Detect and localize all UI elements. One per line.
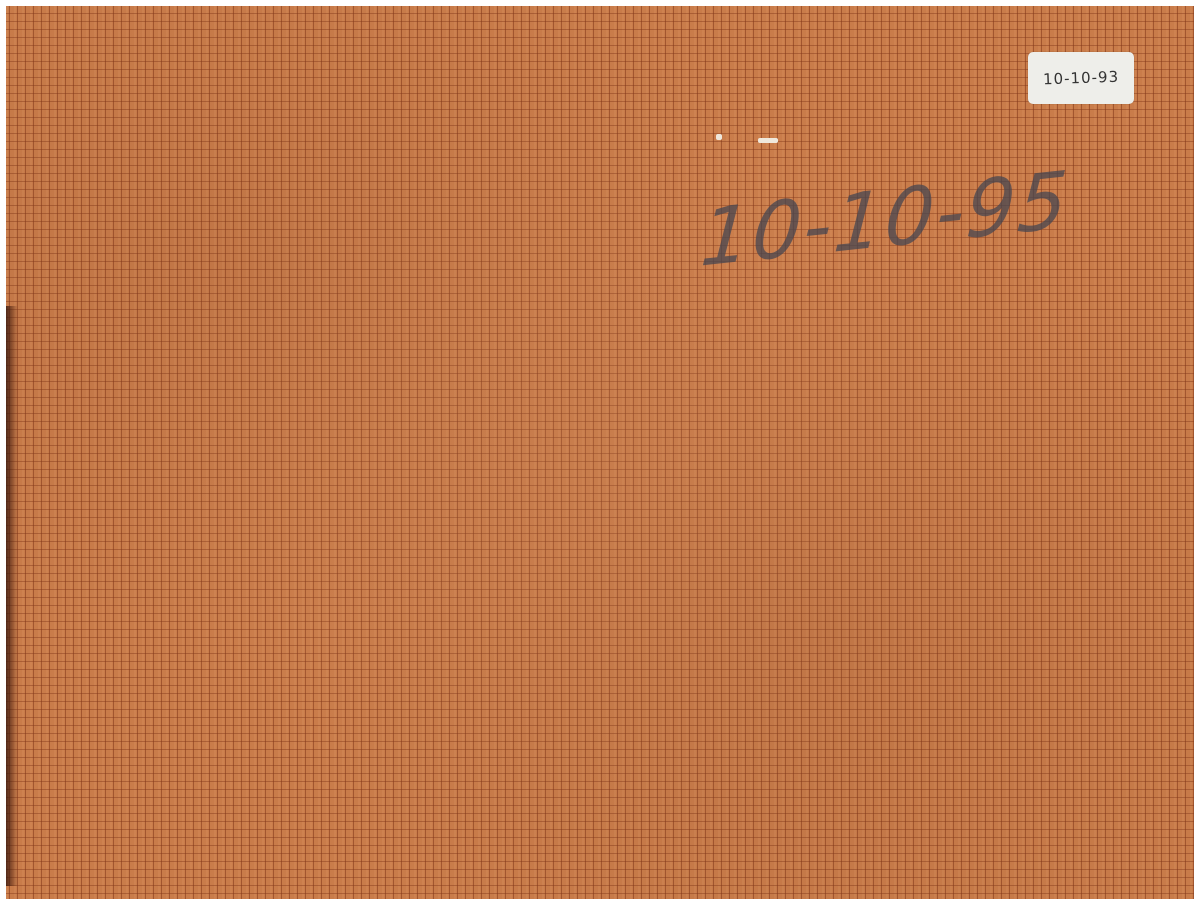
paint-chip: [758, 138, 778, 143]
edge-stain: [6, 306, 18, 886]
sticker-text: 10-10-93: [1043, 68, 1120, 89]
paint-chip: [716, 134, 722, 140]
date-sticker: 10-10-93: [1028, 52, 1134, 104]
hardboard-panel: [6, 6, 1194, 899]
